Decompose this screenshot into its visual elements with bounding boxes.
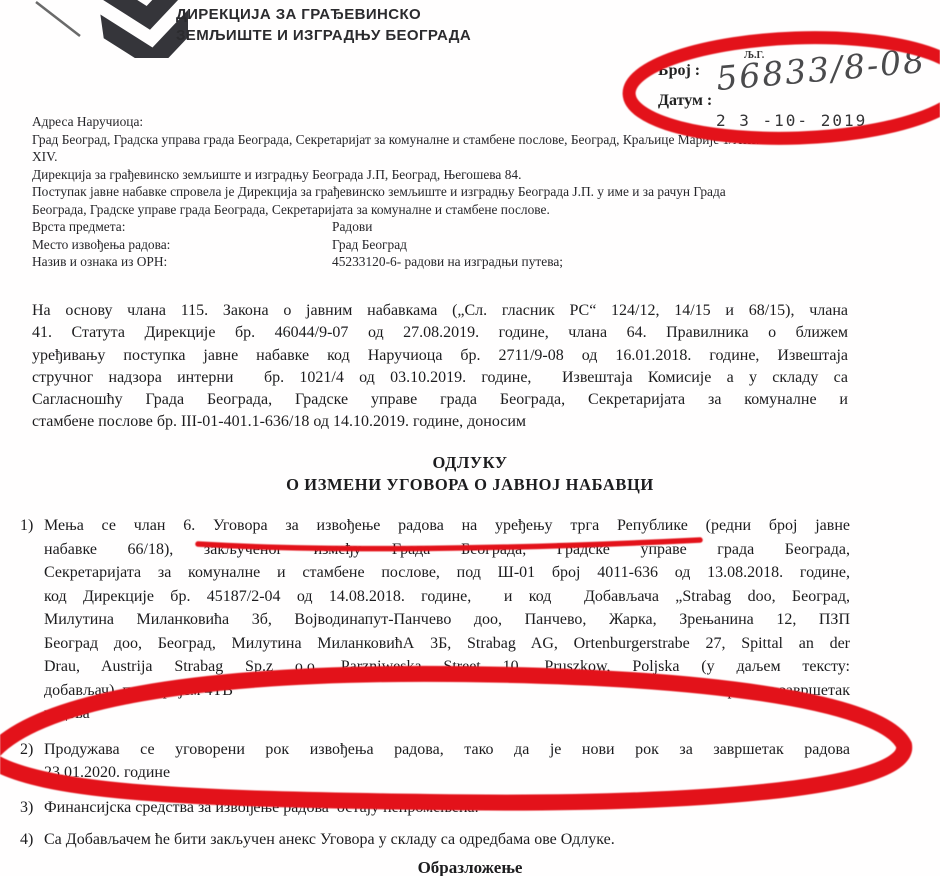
meta-field-row: Назив и ознака из ОРН:45233120-6- радови… xyxy=(32,253,882,271)
clause-fragment-right: рока за завршетак xyxy=(727,679,850,703)
preamble-line: 41. Статута Дирекције бр. 46044/9-07 од … xyxy=(32,322,848,344)
meta-line: Београда, Градске управе града Београда,… xyxy=(32,201,882,219)
clause-line: 23.01.2020. године xyxy=(44,761,850,785)
clause-line: набавке 66/18), закљученог између Града … xyxy=(44,538,850,562)
clause-line: Милутина Миланковића 3б, Војводинапут-Па… xyxy=(44,608,850,632)
clause-fragment-left: добављач), под бројем 4ТВ xyxy=(44,679,233,703)
meta-line: Дирекција за грађевинско земљиште и изгр… xyxy=(32,166,882,184)
clause-1: 1) Мења се члан 6. Уговора за извођење р… xyxy=(20,514,850,726)
preamble-line: стамбене послове бр. III-01-401.1-636/18… xyxy=(32,411,848,433)
field-label: Врста предмета: xyxy=(32,218,332,236)
field-label: Назив и ознака из ОРН: xyxy=(32,253,332,271)
preamble-line: Сагласношћу Града Београда, Градске упра… xyxy=(32,389,848,411)
clause-line: Drau, Austrija Strabag Sp.z o.o, Parzniw… xyxy=(44,655,850,679)
explanation-heading: Образложење xyxy=(0,858,940,876)
clause-line: Са Добављачем ће бити закључен анекс Уго… xyxy=(44,828,850,852)
clause-line-obscured: добављач), под бројем 4ТВ рока за заврше… xyxy=(44,679,850,703)
meta-line: Поступак јавне набавке спровела је Дирек… xyxy=(32,183,882,201)
clause-line: Финансијска средства за извођење радова … xyxy=(44,796,850,820)
clause-number: 2) xyxy=(20,738,44,762)
clause-3: 3) Финансијска средства за извођење радо… xyxy=(20,796,850,820)
decision-title-line1: ОДЛУКУ xyxy=(0,452,940,474)
meta-line: Адреса Наручиоца: xyxy=(32,113,882,131)
field-value: Радови xyxy=(332,219,372,234)
preamble-line: уређивању поступка јавне набавке код Нар… xyxy=(32,345,848,367)
clause-line: код Дирекције бр. 45187/2-04 од 14.08.20… xyxy=(44,585,850,609)
field-value: 45233120-6- радови на изградњи путева; xyxy=(332,254,563,269)
meta-field-row: Врста предмета:Радови xyxy=(32,218,882,236)
document-page: ДИРЕКЦИЈА ЗА ГРАЂЕВИНСКО ЗЕМЉИШТЕ И ИЗГР… xyxy=(0,0,940,876)
field-label: Место извођења радова: xyxy=(32,236,332,254)
decision-title-line2: О ИЗМЕНИ УГОВОРА О ЈАВНОЈ НАБАВЦИ xyxy=(0,474,940,496)
clause-line: Секретаријата за комуналне и стамбене по… xyxy=(44,561,850,585)
procurement-meta: Адреса Наручиоца: Град Београд, Градска … xyxy=(32,113,882,271)
org-logo-icon xyxy=(28,0,188,58)
meta-line: Град Београд, Градска управа града Беогр… xyxy=(32,131,882,149)
clause-number: 3) xyxy=(20,796,44,820)
clause-4: 4) Са Добављачем ће бити закључен анекс … xyxy=(20,828,850,852)
preamble-line: стручног надзора интерни бр. 1021/4 од 0… xyxy=(32,367,848,389)
clause-line: радова xyxy=(44,702,850,726)
clause-line: Мења се члан 6. Уговора за извођење радо… xyxy=(44,514,850,538)
stamp-date-label: Датум : xyxy=(658,92,712,110)
logo-chevrons xyxy=(95,0,188,58)
meta-field-row: Место извођења радова:Град Београд xyxy=(32,236,882,254)
decision-clauses: 1) Мења се члан 6. Уговора за извођење р… xyxy=(20,514,850,852)
org-name-line1: ДИРЕКЦИЈА ЗА ГРАЂЕВИНСКО xyxy=(176,4,471,25)
decision-title: ОДЛУКУ О ИЗМЕНИ УГОВОРА О ЈАВНОЈ НАБАВЦИ xyxy=(0,452,940,496)
clause-2: 2) Продужава се уговорени рок извођења р… xyxy=(20,738,850,785)
legal-preamble: На основу члана 115. Закона о јавним наб… xyxy=(32,300,848,434)
org-name: ДИРЕКЦИЈА ЗА ГРАЂЕВИНСКО ЗЕМЉИШТЕ И ИЗГР… xyxy=(176,4,471,46)
clause-line: Продужава се уговорени рок извођења радо… xyxy=(44,738,850,762)
stamp-number-label: Број : xyxy=(658,62,700,80)
field-value: Град Београд xyxy=(332,237,407,252)
clause-line: Београд доо, Београд, Милутина Миланкови… xyxy=(44,632,850,656)
clause-number: 4) xyxy=(20,828,44,852)
preamble-line: На основу члана 115. Закона о јавним наб… xyxy=(32,300,848,322)
org-name-line2: ЗЕМЉИШТЕ И ИЗГРАДЊУ БЕОГРАДА xyxy=(176,25,471,46)
meta-line: XIV. xyxy=(32,148,882,166)
logo-diagonal-line xyxy=(36,2,80,36)
clause-number: 1) xyxy=(20,514,44,538)
